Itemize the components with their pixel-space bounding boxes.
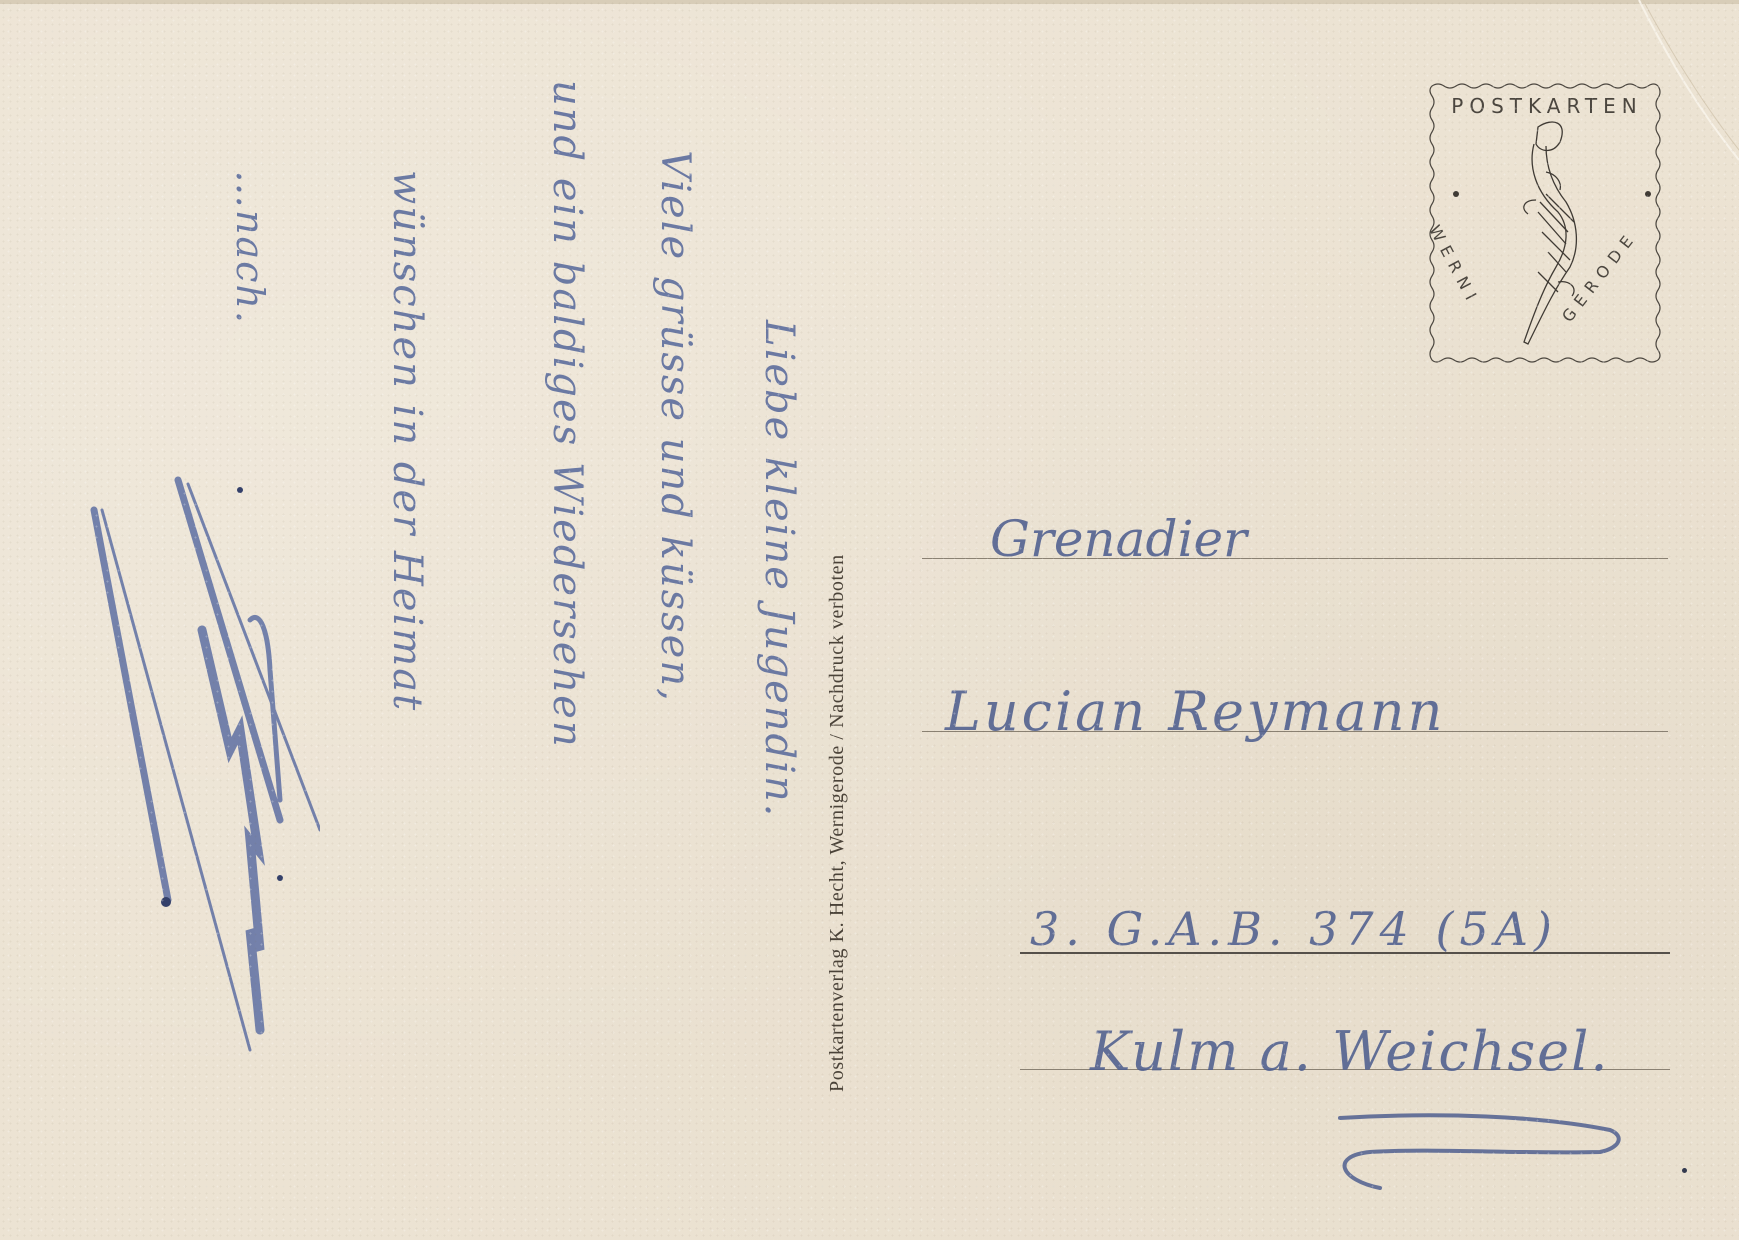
address-flourish xyxy=(1320,1110,1640,1200)
stamp-title: POSTKARTEN xyxy=(1428,94,1666,118)
ink-dot xyxy=(1682,1168,1687,1173)
address-city: Kulm a. Weichsel. xyxy=(1090,1020,1610,1083)
message-line-4: wünschen in der Heimat xyxy=(384,170,430,712)
message-line-2: Viele grüsse und küssen, xyxy=(652,150,698,703)
message-line-3: und ein baldiges Wiedersehen xyxy=(544,80,590,749)
message-line-1: Liebe kleine Jugendin. xyxy=(756,320,802,818)
postcard-back: Postkartenverlag K. Hecht, Wernigerode /… xyxy=(0,0,1739,1240)
address-unit: 3. G.A.B. 374 (5A) xyxy=(1030,902,1558,956)
message-line-5: …nach. xyxy=(228,170,272,325)
stamp-perforated-border xyxy=(1428,82,1666,364)
address-rank: Grenadier xyxy=(990,510,1247,568)
publisher-imprint: Postkartenverlag K. Hecht, Wernigerode /… xyxy=(826,554,849,1092)
card-top-edge xyxy=(0,0,1739,4)
stamp-dot-right xyxy=(1645,191,1651,197)
signature xyxy=(80,470,320,1070)
stamp-dot-left xyxy=(1453,191,1459,197)
address-name: Lucian Reymann xyxy=(945,680,1445,743)
stamp-box: POSTKARTEN WERNI GERODE xyxy=(1428,82,1666,364)
